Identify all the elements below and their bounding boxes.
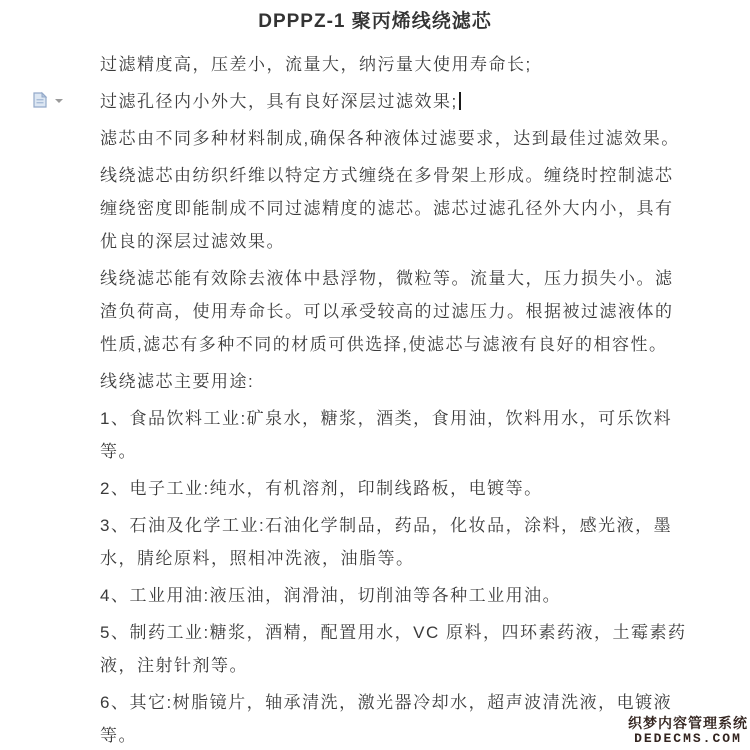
text-line: 1、食品饮料工业:矿泉水，糖浆，酒类，食用油，饮料用水，可乐饮料 xyxy=(100,402,710,435)
paragraph: 4、工业用油:液压油，润滑油，切削油等各种工业用油。 xyxy=(100,579,710,612)
paragraph: 过滤精度高，压差小，流量大，纳污量大使用寿命长; xyxy=(100,48,710,81)
paragraph: 线绕滤芯主要用途: xyxy=(100,365,710,398)
watermark-domain-text: DEDECMS.COM xyxy=(628,731,748,747)
watermark-chinese-text: 织梦内容管理系统 xyxy=(628,715,748,731)
paragraph: 3、石油及化学工业:石油化学制品，药品，化妆品，涂料，感光液，墨水，腈纶原料，照… xyxy=(100,509,710,575)
text-line: 5、制药工业:糖浆，酒精，配置用水，VC 原料，四环素药液，土霉素药 xyxy=(100,616,710,649)
paste-options-button[interactable] xyxy=(31,91,65,111)
text-line: 液，注射针剂等。 xyxy=(100,649,710,682)
text-line: 等。 xyxy=(100,435,710,468)
page-title: DPPPZ-1 聚丙烯线绕滤芯 xyxy=(0,6,750,33)
paragraph: 线绕滤芯能有效除去液体中悬浮物，微粒等。流量大，压力损失小。滤渣负荷高，使用寿命… xyxy=(100,262,710,361)
dedecms-watermark: 织梦内容管理系统 DEDECMS.COM xyxy=(628,715,748,747)
text-line: 线绕滤芯由纺织纤维以特定方式缠绕在多骨架上形成。缠绕时控制滤芯 xyxy=(100,159,710,192)
paragraph: 1、食品饮料工业:矿泉水，糖浆，酒类，食用油，饮料用水，可乐饮料等。 xyxy=(100,402,710,468)
paragraph: 线绕滤芯由纺织纤维以特定方式缠绕在多骨架上形成。缠绕时控制滤芯缠绕密度即能制成不… xyxy=(100,159,710,258)
paragraph: 5、制药工业:糖浆，酒精，配置用水，VC 原料，四环素药液，土霉素药液，注射针剂… xyxy=(100,616,710,682)
text-line: 性质,滤芯有多种不同的材质可供选择,使滤芯与滤液有良好的相容性。 xyxy=(100,328,710,361)
document-body[interactable]: 过滤精度高，压差小，流量大，纳污量大使用寿命长;过滤孔径内小外大，具有良好深层过… xyxy=(100,48,710,750)
paragraph: 滤芯由不同多种材料制成,确保各种液体过滤要求，达到最佳过滤效果。 xyxy=(100,122,710,155)
paragraph: 2、电子工业:纯水，有机溶剂，印制线路板，电镀等。 xyxy=(100,472,710,505)
chevron-down-icon xyxy=(55,99,63,103)
text-line: 滤芯由不同多种材料制成,确保各种液体过滤要求，达到最佳过滤效果。 xyxy=(100,122,710,155)
paste-document-icon xyxy=(31,91,48,114)
text-line: 2、电子工业:纯水，有机溶剂，印制线路板，电镀等。 xyxy=(100,472,710,505)
text-line: 过滤精度高，压差小，流量大，纳污量大使用寿命长; xyxy=(100,48,710,81)
text-line: 优良的深层过滤效果。 xyxy=(100,225,710,258)
text-line: 过滤孔径内小外大，具有良好深层过滤效果; xyxy=(100,85,710,118)
text-cursor xyxy=(459,92,461,110)
text-line: 等。 xyxy=(100,719,710,750)
paragraph: 过滤孔径内小外大，具有良好深层过滤效果; xyxy=(100,85,710,118)
text-line: 水，腈纶原料，照相冲洗液，油脂等。 xyxy=(100,542,710,575)
paragraph: 6、其它:树脂镜片，轴承清洗，激光器冷却水，超声波清洗液，电镀液等。 xyxy=(100,686,710,750)
text-line: 缠绕密度即能制成不同过滤精度的滤芯。滤芯过滤孔径外大内小，具有 xyxy=(100,192,710,225)
text-line: 线绕滤芯能有效除去液体中悬浮物，微粒等。流量大，压力损失小。滤 xyxy=(100,262,710,295)
text-line: 渣负荷高，使用寿命长。可以承受较高的过滤压力。根据被过滤液体的 xyxy=(100,295,710,328)
text-line: 3、石油及化学工业:石油化学制品，药品，化妆品，涂料，感光液，墨 xyxy=(100,509,710,542)
text-line: 6、其它:树脂镜片，轴承清洗，激光器冷却水，超声波清洗液，电镀液 xyxy=(100,686,710,719)
text-line: 线绕滤芯主要用途: xyxy=(100,365,710,398)
text-line: 4、工业用油:液压油，润滑油，切削油等各种工业用油。 xyxy=(100,579,710,612)
